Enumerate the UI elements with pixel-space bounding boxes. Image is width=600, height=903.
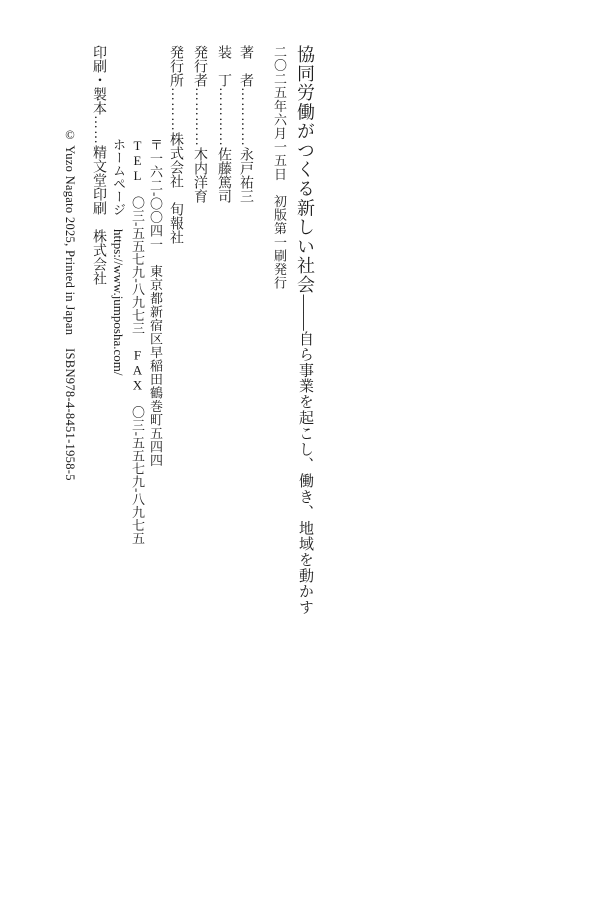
colophon-page: 協同労働がつくる新しい社会――自ら事業を起こし、働き、地域を動かす 二〇二五年六… — [0, 0, 600, 903]
author-row: 著 者…………永戸祐三 — [237, 45, 253, 685]
designer-row: 装 丁…………佐藤篤司 — [215, 45, 231, 685]
publishing-house-row: 発行所………株式会社 旬報社 — [167, 45, 183, 685]
printing-binding-label: 印刷・製本 — [91, 45, 106, 115]
copyright-text: © Yuzo Nagato 2025, Printed in Japan ISB… — [63, 128, 77, 481]
author-label: 著 者 — [238, 45, 253, 87]
edition-date: 二〇二五年六月一五日 — [272, 45, 287, 181]
homepage-url: https://www.jumposha.com/ — [111, 229, 126, 376]
designer-label: 装 丁 — [216, 45, 231, 87]
publisher-person-leader-dots: ………… — [192, 87, 207, 147]
designer-name: 佐藤篤司 — [216, 147, 231, 203]
homepage-label: ホームページ — [111, 138, 126, 216]
printing-binding-leader-dots: …… — [91, 115, 106, 145]
author-name: 永戸祐三 — [238, 147, 253, 203]
publisher-address: 〒一六二-〇〇四一 東京都新宿区早稲田鶴巻町五四四 — [148, 45, 163, 685]
edition-column: 二〇二五年六月一五日 初版第一刷発行 — [272, 45, 287, 685]
colophon-text-block: 協同労働がつくる新しい社会――自ら事業を起こし、働き、地域を動かす 二〇二五年六… — [57, 45, 315, 685]
publishing-house-label: 発行所 — [168, 45, 183, 87]
publishing-house-leader-dots: ……… — [168, 87, 183, 132]
publisher-person-name: 木内洋育 — [192, 147, 207, 203]
tel-number: 〇三-五五七九-八九七三 — [130, 196, 145, 335]
designer-leader-dots: ………… — [216, 87, 231, 147]
fax-number: 〇三-五五七九-八九七五 — [130, 406, 145, 545]
title-dash: ―― — [295, 295, 315, 331]
copyright-isbn-line: © Yuzo Nagato 2025, Printed in Japan ISB… — [62, 45, 77, 685]
printing-company-name: 精文堂印刷 株式会社 — [91, 145, 106, 285]
edition-printing-statement: 初版第一刷発行 — [272, 195, 287, 290]
printing-binding-row: 印刷・製本……精文堂印刷 株式会社 — [90, 45, 106, 685]
publisher-person-label: 発行者 — [192, 45, 207, 87]
publisher-tel-fax: TEL 〇三-五五七九-八九七三 FAX 〇三-五五七九-八九七五 — [130, 45, 145, 685]
publisher-person-row: 発行者…………木内洋育 — [191, 45, 207, 685]
book-title-column: 協同労働がつくる新しい社会――自ら事業を起こし、働き、地域を動かす — [295, 45, 315, 685]
publishing-house-name: 株式会社 旬報社 — [168, 132, 183, 244]
postal-address-text: 〒一六二-〇〇四一 東京都新宿区早稲田鶴巻町五四四 — [148, 138, 163, 467]
fax-label: FAX — [130, 348, 145, 393]
publisher-homepage: ホームページ https://www.jumposha.com/ — [111, 45, 126, 685]
author-leader-dots: ………… — [238, 87, 253, 147]
book-subtitle: 自ら事業を起こし、働き、地域を動かす — [297, 331, 313, 615]
book-title: 協同労働がつくる新しい社会 — [295, 45, 315, 295]
tel-label: TEL — [130, 138, 145, 183]
